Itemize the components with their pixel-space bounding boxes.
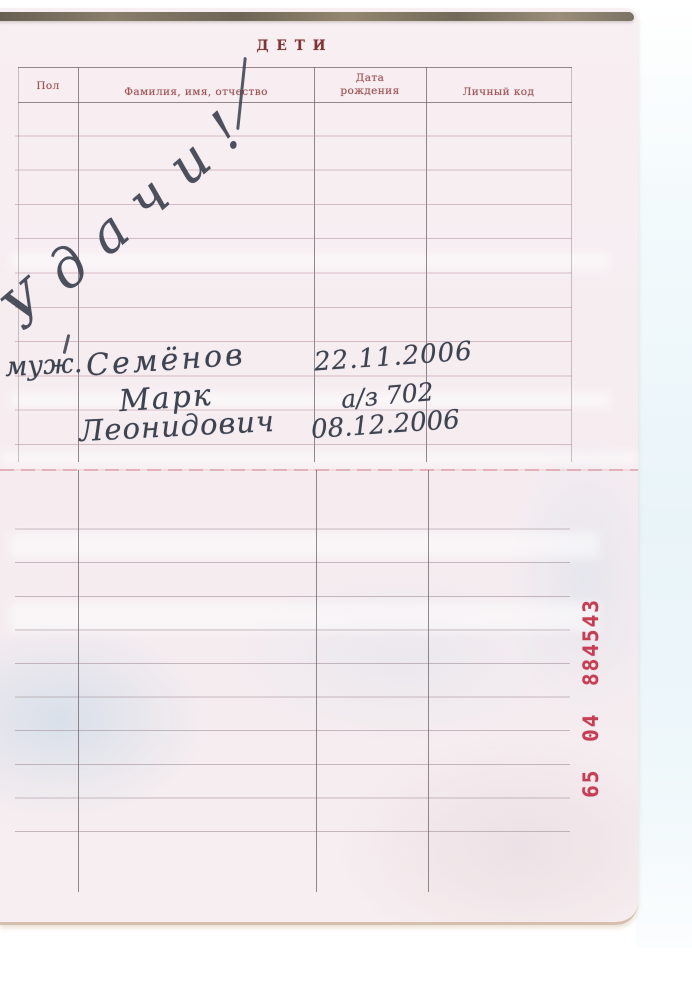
column-divider-name-lower — [316, 470, 317, 892]
table-header-top-border — [18, 67, 572, 68]
section-separator-line — [0, 469, 638, 471]
column-divider-sex-lower — [78, 470, 79, 892]
column-header-sex: Пол — [18, 80, 78, 92]
page-title: ДЕТИ — [18, 38, 572, 54]
page-top-edge — [0, 12, 634, 21]
column-divider-birthdate-lower — [428, 470, 429, 892]
column-header-personal-code: Личный код — [426, 86, 571, 98]
ruled-lines-lower — [15, 496, 570, 836]
column-header-name: Фамилия, имя, отчество — [78, 86, 314, 98]
entry-sex: муж. — [4, 348, 83, 383]
scan-background-strip — [636, 0, 692, 948]
column-header-birthdate: Дата рождения — [314, 72, 426, 98]
passport-serial-number: 65 04 884543 — [579, 593, 605, 803]
passport-children-page: ДЕТИ Пол Фамилия, имя, отчество Дата рож… — [0, 8, 638, 925]
